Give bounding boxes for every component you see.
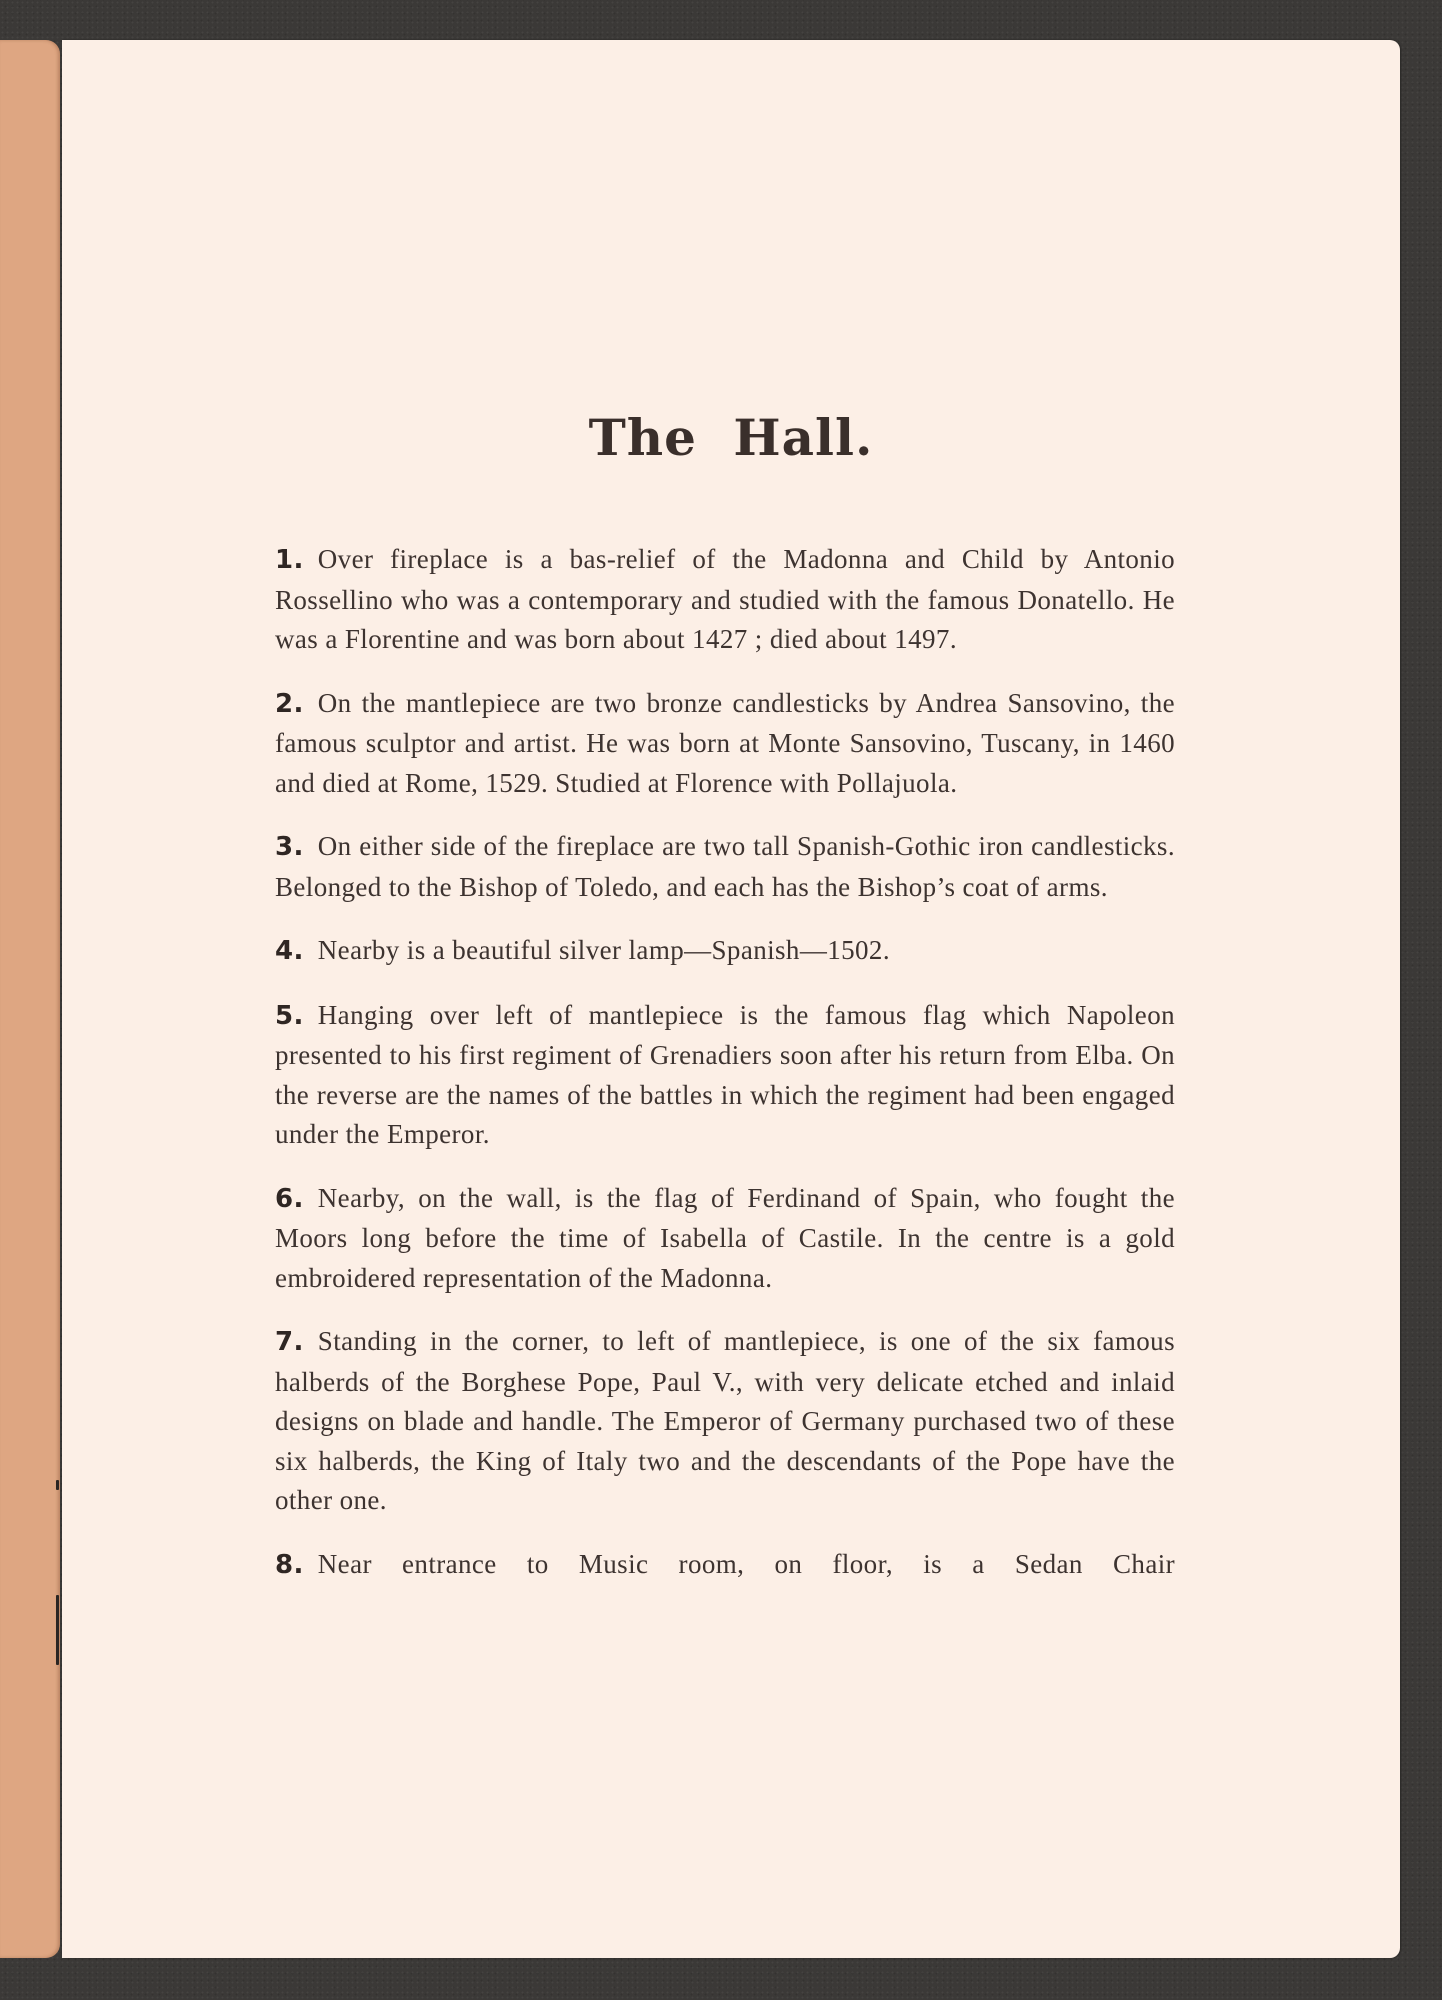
entry-text: On either side of the fireplace are two … (275, 831, 1175, 902)
entry-text: Hanging over left of mantlepiece is the … (275, 1000, 1175, 1150)
entry-item: 7.Standing in the corner, to left of man… (275, 1322, 1175, 1521)
entry-item-continued: 8.Near entrance to Music room, on floor,… (275, 1545, 1175, 1586)
booklet-page: The Hall. 1.Over fireplace is a bas-reli… (62, 40, 1400, 1958)
page-title: The Hall. (62, 408, 1400, 467)
entry-text: Nearby, on the wall, is the flag of Ferd… (275, 1183, 1175, 1293)
entry-text: Nearby is a beautiful silver lamp—Spanis… (318, 935, 890, 965)
entry-number: 5. (275, 1001, 304, 1031)
entry-number: 3. (275, 832, 304, 862)
entry-text: On the mantlepiece are two bronze candle… (275, 688, 1175, 798)
entry-list: 1.Over fireplace is a bas-relief of the … (275, 540, 1175, 1609)
entry-number: 8. (275, 1550, 304, 1580)
entry-number: 6. (275, 1184, 304, 1214)
entry-number: 7. (275, 1327, 304, 1357)
booklet-cover-spine (0, 40, 60, 1958)
entry-number: 4. (275, 936, 304, 966)
entry-text: Standing in the corner, to left of mantl… (275, 1326, 1175, 1515)
spine-stitch-mark (56, 1595, 59, 1665)
entry-item: 2.On the mantlepiece are two bronze cand… (275, 684, 1175, 804)
spine-stitch-mark (56, 1480, 59, 1490)
entry-number: 2. (275, 689, 304, 719)
entry-item: 6.Nearby, on the wall, is the flag of Fe… (275, 1179, 1175, 1299)
entry-text: Near entrance to Music room, on floor, i… (318, 1549, 1175, 1579)
entry-item: 5.Hanging over left of mantlepiece is th… (275, 996, 1175, 1155)
entry-item: 1.Over fireplace is a bas-relief of the … (275, 540, 1175, 660)
entry-text: Over fireplace is a bas-relief of the Ma… (275, 544, 1175, 654)
entry-item: 4.Nearby is a beautiful silver lamp—Span… (275, 931, 1175, 972)
entry-number: 1. (275, 545, 304, 575)
entry-item: 3.On either side of the fireplace are tw… (275, 827, 1175, 907)
